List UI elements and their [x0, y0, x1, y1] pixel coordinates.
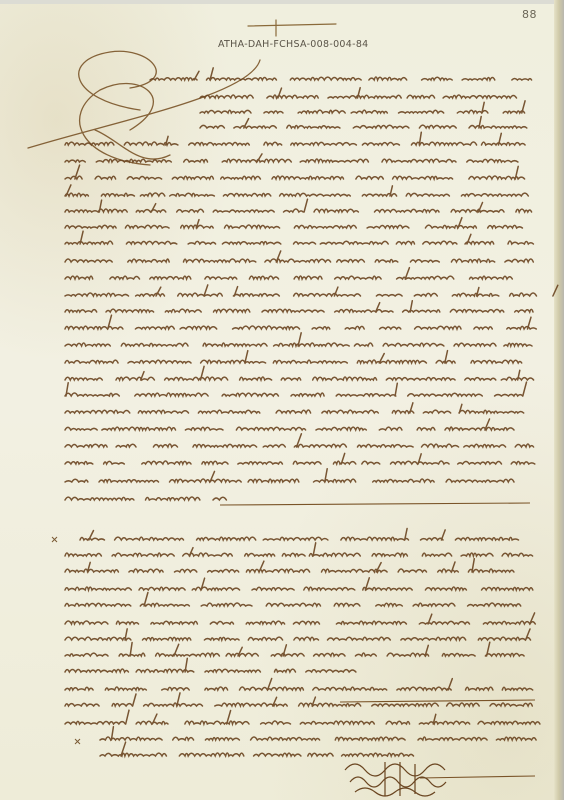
script-word — [273, 360, 347, 363]
script-word — [252, 587, 294, 590]
script-word — [413, 603, 455, 606]
script-word — [95, 176, 116, 179]
script-word — [65, 461, 93, 464]
script-word — [358, 444, 414, 447]
script-word — [450, 309, 504, 312]
script-word — [313, 377, 377, 380]
cross-mark-icon — [248, 20, 336, 36]
script-word — [294, 637, 319, 640]
script-word — [276, 410, 311, 413]
script-word — [421, 538, 444, 540]
script-word — [222, 159, 291, 162]
script-word — [223, 193, 270, 196]
script-word — [128, 259, 169, 262]
script-word — [455, 537, 518, 540]
script-word — [362, 194, 396, 196]
script-word — [274, 343, 350, 346]
script-word — [458, 461, 502, 464]
script-word — [328, 637, 391, 640]
script-word — [165, 309, 201, 312]
script-word — [153, 444, 177, 447]
script-word — [425, 225, 476, 228]
script-word — [291, 393, 324, 396]
script-word — [184, 159, 208, 162]
script-word — [205, 277, 237, 279]
script-word — [351, 110, 387, 113]
script-word — [246, 621, 284, 624]
script-word — [447, 703, 480, 706]
script-word — [65, 479, 88, 482]
script-word — [442, 654, 475, 657]
script-word — [386, 377, 455, 380]
script-word — [116, 621, 138, 624]
script-word — [401, 637, 466, 640]
script-word — [139, 587, 185, 590]
script-word — [504, 343, 532, 346]
script-word — [502, 687, 532, 690]
script-word — [264, 142, 282, 145]
script-word — [507, 326, 537, 329]
script-word — [414, 293, 437, 296]
script-word — [471, 360, 522, 363]
script-word — [271, 653, 304, 656]
script-word — [135, 326, 174, 329]
script-word — [403, 310, 440, 312]
script-word — [505, 259, 533, 262]
script-word — [328, 95, 401, 98]
script-word — [459, 410, 524, 413]
script-word — [316, 427, 366, 430]
script-word — [299, 703, 361, 706]
script-word — [135, 393, 208, 396]
script-word — [150, 78, 197, 80]
script-word — [213, 497, 226, 500]
script-word — [127, 176, 161, 179]
script-word — [205, 687, 228, 690]
script-word — [178, 293, 223, 296]
script-word — [418, 737, 487, 740]
script-word — [128, 360, 191, 363]
script-word — [251, 737, 320, 740]
script-word — [300, 721, 374, 724]
decorated-initial-icon — [28, 51, 260, 165]
script-word — [284, 209, 304, 212]
script-word — [65, 410, 130, 413]
script-word — [104, 461, 125, 464]
script-word — [422, 553, 451, 556]
script-word — [100, 753, 166, 756]
script-word — [119, 653, 145, 656]
script-word — [356, 176, 383, 179]
script-word — [238, 462, 283, 464]
script-word — [162, 687, 190, 690]
script-word — [454, 343, 496, 346]
script-word — [102, 427, 176, 430]
script-word — [419, 721, 469, 724]
script-word — [170, 479, 242, 482]
script-word — [438, 569, 459, 572]
script-word — [213, 210, 274, 212]
script-word — [379, 427, 402, 430]
script-word — [65, 444, 107, 447]
script-word — [214, 309, 250, 312]
script-word — [415, 326, 461, 329]
script-word — [65, 276, 93, 279]
script-word — [143, 637, 191, 640]
script-word — [198, 410, 259, 413]
script-word — [65, 427, 97, 430]
script-word — [488, 225, 523, 228]
script-word — [445, 427, 514, 430]
script-word — [451, 259, 494, 262]
script-word — [465, 378, 496, 380]
script-word — [304, 587, 355, 590]
script-word — [446, 479, 514, 482]
script-word — [185, 721, 249, 724]
script-word — [485, 653, 524, 656]
script-word — [65, 343, 110, 346]
script-word — [466, 687, 493, 690]
script-word — [457, 110, 488, 113]
script-word — [65, 142, 114, 145]
script-word — [65, 225, 116, 228]
script-word — [65, 637, 131, 640]
script-word — [369, 77, 407, 80]
script-word — [469, 125, 527, 128]
script-word — [136, 210, 166, 212]
script-word — [65, 209, 127, 212]
script-word — [201, 603, 252, 606]
script-word — [309, 553, 360, 556]
script-word — [322, 410, 378, 413]
script-word — [386, 721, 410, 724]
script-word — [341, 537, 409, 540]
script-word — [246, 569, 309, 572]
script-word — [65, 176, 82, 179]
script-word — [419, 621, 469, 624]
script-word — [272, 176, 344, 179]
script-word — [221, 176, 261, 179]
script-word — [334, 603, 360, 606]
script-word — [189, 142, 250, 145]
script-word — [125, 225, 169, 228]
script-word — [65, 360, 118, 363]
script-word — [261, 721, 291, 724]
script-word — [234, 126, 276, 128]
script-word — [233, 326, 300, 329]
script-word — [478, 721, 540, 724]
script-word — [419, 125, 456, 128]
script-word — [205, 738, 239, 740]
script-word — [314, 653, 345, 656]
script-word — [282, 553, 305, 556]
script-word — [175, 569, 197, 572]
script-word — [65, 241, 113, 244]
script-word — [342, 753, 414, 756]
script-word — [136, 293, 165, 296]
script-word — [65, 621, 108, 624]
script-word — [112, 553, 174, 556]
signature-rubric-icon — [345, 762, 446, 796]
script-word — [345, 326, 364, 329]
script-word — [172, 176, 213, 179]
script-word — [515, 309, 533, 312]
script-word — [312, 327, 330, 329]
script-word — [222, 242, 280, 244]
script-word — [406, 193, 449, 196]
script-word — [192, 587, 239, 590]
script-word — [65, 393, 119, 396]
script-word — [156, 653, 220, 656]
script-word — [382, 159, 456, 162]
script-word — [65, 497, 134, 500]
script-word — [65, 569, 118, 572]
script-word — [202, 461, 228, 464]
script-word — [208, 569, 239, 572]
script-word — [146, 497, 200, 500]
script-word — [275, 669, 296, 672]
script-word — [422, 444, 459, 447]
script-word — [496, 737, 536, 740]
script-word — [65, 603, 131, 606]
script-word — [65, 687, 93, 690]
script-word — [410, 260, 439, 262]
script-word — [461, 553, 493, 556]
script-word — [112, 703, 132, 706]
margin-x-marks — [52, 537, 80, 744]
script-word — [397, 276, 454, 279]
script-word — [115, 537, 184, 540]
script-word — [383, 343, 444, 346]
script-word — [362, 461, 380, 464]
script-word — [483, 621, 535, 624]
script-word — [306, 670, 356, 672]
script-word — [372, 703, 439, 706]
script-word — [452, 293, 499, 296]
script-word — [464, 444, 506, 447]
script-word — [294, 293, 361, 296]
script-word — [204, 637, 239, 640]
script-word — [267, 95, 318, 98]
script-word — [336, 394, 396, 396]
script-word — [203, 343, 267, 346]
script-word — [465, 242, 494, 245]
script-word — [142, 461, 191, 464]
script-word — [355, 653, 376, 656]
script-word — [136, 721, 168, 724]
script-word — [375, 209, 440, 212]
script-word — [512, 78, 532, 80]
script-word — [322, 569, 388, 572]
script-word — [508, 241, 533, 244]
script-word — [101, 193, 134, 196]
script-word — [423, 410, 450, 413]
script-word — [380, 327, 401, 329]
script-word — [320, 241, 388, 244]
script-word — [140, 603, 189, 606]
script-word — [106, 309, 154, 312]
script-word — [294, 444, 346, 447]
script-word — [129, 569, 163, 572]
script-word — [185, 427, 223, 430]
script-word — [263, 444, 285, 447]
script-word — [184, 259, 256, 262]
script-word — [65, 553, 101, 556]
script-word — [470, 276, 513, 279]
script-word — [387, 653, 429, 656]
script-word — [248, 479, 299, 482]
script-word — [65, 293, 129, 296]
script-word — [200, 125, 224, 128]
script-word — [451, 209, 504, 212]
script-word — [294, 276, 322, 279]
script-word — [65, 587, 131, 590]
script-word — [280, 193, 351, 196]
script-word — [65, 669, 128, 672]
script-word — [170, 193, 215, 196]
script-word — [399, 110, 444, 113]
script-word — [188, 241, 216, 244]
script-word — [502, 553, 532, 556]
script-word — [482, 587, 533, 590]
script-word — [193, 444, 257, 447]
script-word — [207, 78, 277, 81]
script-word — [293, 621, 319, 624]
manuscript-page: 88 ATHA-DAH-FCHSA-008-004-84 — [0, 0, 564, 800]
script-word — [281, 378, 301, 380]
script-word — [398, 569, 426, 572]
script-word — [335, 276, 381, 279]
script-word — [248, 637, 282, 640]
script-word — [225, 225, 280, 228]
script-word — [254, 753, 301, 756]
script-word — [391, 461, 450, 464]
script-word — [291, 142, 357, 145]
script-word — [138, 410, 188, 413]
script-word — [482, 142, 526, 145]
script-word — [201, 360, 266, 363]
script-word — [263, 537, 328, 540]
script-word — [314, 209, 358, 212]
script-word — [105, 687, 146, 690]
script-word — [264, 111, 283, 113]
script-word — [65, 653, 108, 656]
script-word — [177, 209, 204, 212]
script-word — [417, 428, 435, 431]
script-word — [96, 159, 171, 162]
script-word — [467, 159, 518, 162]
script-word — [183, 553, 233, 556]
script-word — [179, 753, 244, 756]
script-word — [100, 737, 162, 740]
script-word — [200, 110, 251, 113]
script-word — [116, 444, 136, 447]
script-word — [110, 276, 140, 279]
script-word — [336, 621, 406, 624]
script-word — [205, 669, 260, 672]
script-word — [249, 276, 278, 279]
script-word — [425, 587, 466, 590]
script-word — [376, 603, 403, 606]
script-word — [144, 703, 203, 706]
script-word — [151, 621, 198, 624]
script-word — [333, 461, 355, 464]
script-word — [354, 343, 372, 346]
script-word — [515, 444, 533, 447]
script-word — [468, 603, 521, 606]
script-word — [121, 343, 188, 346]
script-word — [65, 259, 112, 262]
script-word — [469, 176, 525, 179]
script-word — [335, 737, 405, 740]
script-word — [372, 553, 407, 556]
script-word — [407, 95, 435, 98]
script-word — [393, 176, 453, 179]
script-word — [99, 479, 159, 482]
script-word — [236, 427, 305, 430]
script-word — [461, 193, 528, 196]
script-word — [126, 241, 176, 244]
script-word — [443, 95, 516, 98]
script-word — [290, 77, 361, 80]
script-word — [65, 377, 102, 380]
script-word — [165, 377, 228, 380]
script-word — [363, 587, 412, 590]
script-word — [65, 326, 123, 329]
script-word — [240, 687, 304, 690]
script-word — [375, 260, 398, 263]
script-word — [240, 377, 272, 380]
script-word — [197, 537, 256, 540]
script-word — [215, 703, 287, 706]
script-word — [233, 294, 279, 296]
script-word — [294, 242, 316, 244]
script-word — [265, 259, 331, 262]
script-word — [140, 193, 164, 196]
script-word — [116, 377, 154, 380]
script-word — [408, 393, 483, 396]
script-word — [124, 142, 178, 145]
script-word — [510, 293, 537, 296]
script-word — [308, 753, 333, 756]
script-word — [474, 327, 492, 329]
script-word — [376, 294, 402, 296]
script-word — [65, 703, 99, 706]
script-word — [222, 393, 278, 396]
script-word — [287, 125, 340, 128]
script-word — [462, 78, 495, 81]
script-word — [180, 326, 217, 329]
script-word — [293, 461, 321, 464]
script-word — [362, 143, 399, 145]
script-word — [396, 241, 414, 244]
script-word — [245, 554, 275, 557]
handwritten-text — [0, 0, 564, 800]
script-word — [210, 622, 233, 625]
script-word — [337, 260, 365, 262]
script-word — [516, 209, 532, 212]
script-word — [367, 225, 409, 228]
script-word — [200, 95, 253, 98]
script-word — [150, 276, 191, 279]
script-word — [335, 310, 393, 312]
script-word — [423, 241, 457, 244]
script-word — [313, 687, 387, 690]
script-word — [478, 637, 530, 640]
script-word — [490, 703, 532, 706]
script-word — [468, 569, 514, 572]
script-word — [314, 479, 356, 482]
